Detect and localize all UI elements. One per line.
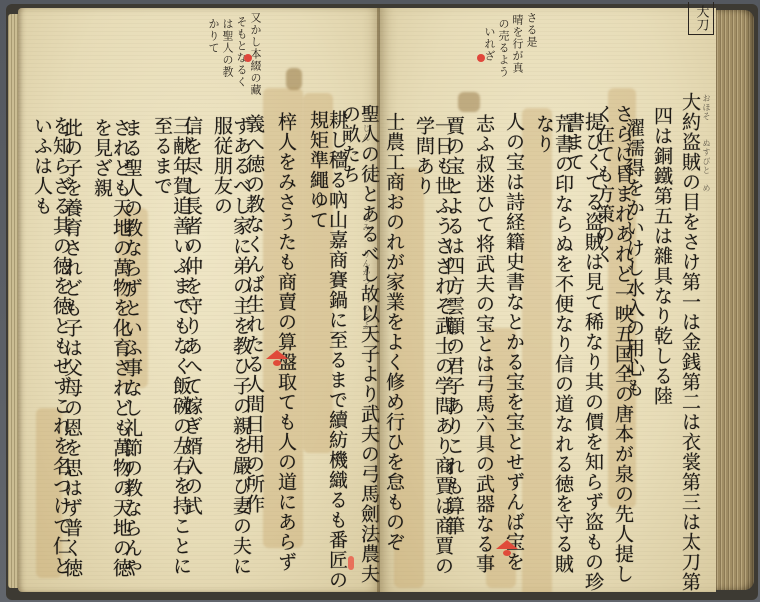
text-column: 人の宝は詩経籍史書なとかる宝を宝とせずんば宝を bbox=[504, 112, 523, 572]
right-page-stack bbox=[716, 10, 754, 590]
top-note: の売るよう bbox=[498, 18, 509, 78]
red-seal-dot bbox=[244, 54, 252, 62]
top-note: さる是 bbox=[526, 12, 537, 48]
text-column: されども天地の萬物を化育されども萬物の天地の徳を見ざ親 bbox=[92, 118, 130, 592]
text-column: を知らざる其の徳を徳ともせずこれを名つけて仁といふは人も bbox=[32, 116, 70, 592]
text-column: 大約盗賊の目をさけ第一は金銭第二は衣裳第三は太刀第 bbox=[680, 92, 699, 592]
text-column: 志ふ叔迷ひて将武夫の宝とは弓馬六具の武器なる事 bbox=[474, 114, 493, 574]
red-annotation-mark bbox=[348, 556, 354, 570]
right-page: さる是 晴を行が真 の売るよう いれざ 大約盗賊の目をさけ第一は金銭第二は衣裳第… bbox=[380, 8, 716, 592]
top-note: 又かし本綴の藏 bbox=[250, 12, 261, 96]
top-note: 晴を行が真 bbox=[512, 14, 523, 74]
paper-stain bbox=[286, 68, 302, 90]
text-column: ずあるべし家に弟の主を教ひ子の親を嚴び妻の夫に服従朋友の bbox=[212, 116, 250, 592]
text-column: 士農工商おのれが家業をよく修め行ひを怠ものぞ bbox=[384, 112, 403, 552]
red-caret-mark bbox=[266, 350, 288, 359]
left-page: 又かし本綴の藏 そもとなるく は聖人の教 かりて 聖人の徒とあるべし故以天子より… bbox=[18, 8, 380, 592]
red-seal-dot bbox=[477, 54, 485, 62]
red-caret-mark bbox=[496, 540, 518, 549]
top-note: いれざ bbox=[484, 26, 495, 62]
top-note: は聖人の教 bbox=[222, 18, 233, 78]
section-header-label: 大刀 bbox=[688, 2, 714, 35]
top-note: かりて bbox=[208, 18, 219, 54]
text-column: 梓人をみさうたも商賣の算盤取ても人の道にあらず bbox=[276, 112, 295, 572]
top-note: そもとなるく bbox=[236, 16, 247, 88]
paper-stain bbox=[458, 92, 480, 112]
text-column: 一日も世ふうさざれぞ武士の学問あり商賈は商賈の学問あり bbox=[414, 116, 452, 592]
text-column: 耕し穡る吶山嘉商賽鍋に至るまで續紡機織るも番匠の規矩準繩ゆて bbox=[308, 110, 346, 592]
text-column: 四は銅鐵第五は雜具なり乾しる陸 bbox=[652, 106, 671, 406]
text-column: 三献年賀追善いふまでもなく飯碗の左右を持ことに至るまで bbox=[152, 116, 190, 592]
text-column: 荒書の印ならぬを不便なり信の道なれる徳を守る賊なり bbox=[534, 114, 572, 592]
